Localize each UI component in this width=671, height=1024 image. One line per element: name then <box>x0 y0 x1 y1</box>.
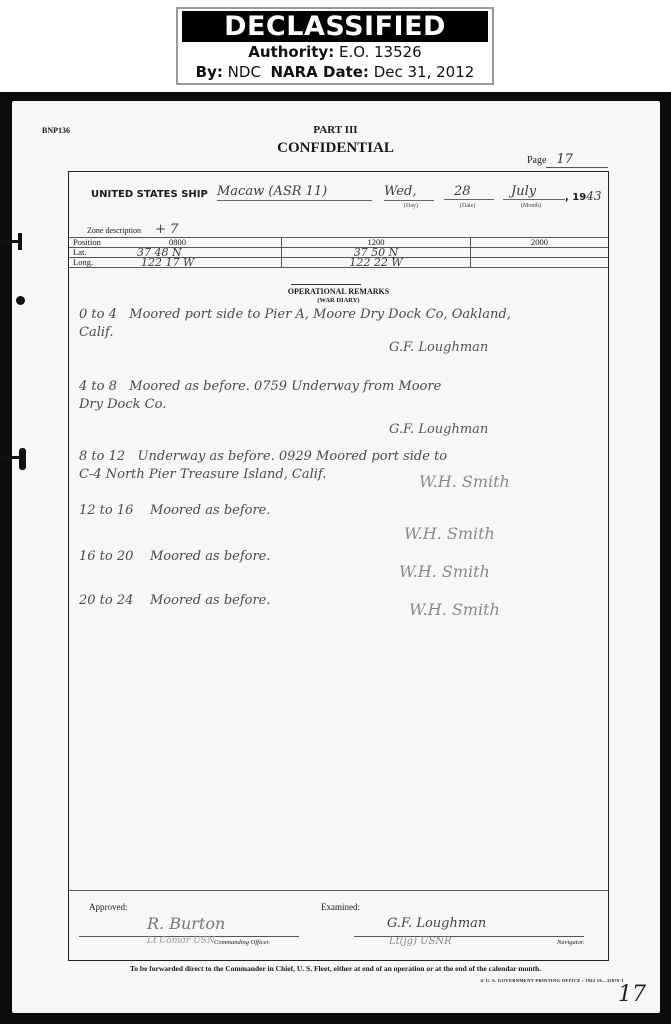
zone-description: Zone description+ 7 <box>87 222 250 238</box>
ship-month: July <box>503 184 565 200</box>
commanding-officer-label: Commanding Officer. <box>214 939 270 946</box>
entry-text: Moored as before. <box>150 503 271 518</box>
watch-signature: W.H. Smith <box>404 524 495 543</box>
long-label: Long. <box>69 258 137 268</box>
binder-hole-icon <box>0 456 20 459</box>
stamp-title: DECLASSIFIED <box>182 11 488 42</box>
entry-text-cont: C-4 North Pier Treasure Island, Calif. <box>79 467 326 482</box>
nara-label: NARA Date: <box>270 63 368 81</box>
page-number-field: Page17 <box>527 152 608 168</box>
authority-value: E.O. 13526 <box>339 43 422 61</box>
approved-signature: R. Burton <box>147 914 225 933</box>
by-value: NDC <box>228 63 261 81</box>
watch-signature: W.H. Smith <box>409 600 500 619</box>
remarks-title: OPERATIONAL REMARKS <box>69 287 608 296</box>
entry-text-cont: Calif. <box>79 325 114 340</box>
position-header: Position <box>69 238 137 248</box>
diary-entry: 8 to 12 Underway as before. 0929 Moored … <box>79 448 447 484</box>
authority-label: Authority: <box>248 43 334 61</box>
navigator-rank: Lt(jg) USNR <box>389 936 452 947</box>
examined-label: Examined: <box>321 902 360 912</box>
diary-entry: 12 to 16 Moored as before. <box>79 502 271 520</box>
table-row: Long. 122 17 W 122 22 W <box>69 258 608 268</box>
day-caption: (Day) <box>404 203 418 209</box>
entry-text-cont: Dry Dock Co. <box>79 397 166 412</box>
diary-entry: 20 to 24 Moored as before. <box>79 592 271 610</box>
approved-label: Approved: <box>89 902 128 912</box>
zone-label: Zone description <box>87 226 141 235</box>
co-rank: Lt Comdr USN <box>147 936 215 946</box>
watch-time: 20 to 24 <box>79 593 133 608</box>
nara-value: Dec 31, 2012 <box>374 63 475 81</box>
binder-hole-icon <box>18 233 22 250</box>
part-heading: PART III <box>0 124 671 136</box>
watch-time: 8 to 12 <box>79 449 125 464</box>
zone-value: + 7 <box>141 222 250 238</box>
lat-2000 <box>471 248 609 258</box>
watch-signature: W.H. Smith <box>419 472 510 491</box>
year-field: , 1943 <box>565 189 601 203</box>
diary-entry: 16 to 20 Moored as before. <box>79 548 271 566</box>
ship-day: Wed, <box>384 184 434 201</box>
ship-label: UNITED STATES SHIP <box>91 189 208 200</box>
binder-hole-icon <box>16 296 25 305</box>
entry-text: Underway as before. 0929 Moored port sid… <box>138 449 448 464</box>
long-0800: 122 17 W <box>137 258 282 268</box>
header-2000: 2000 <box>471 238 609 248</box>
stamp-by: By: NDC NARA Date: Dec 31, 2012 <box>178 62 492 82</box>
lat-label: Lat. <box>69 248 137 258</box>
navigator-label: Navigator. <box>557 939 584 946</box>
entry-text: Moored as before. <box>150 593 271 608</box>
watch-time: 16 to 20 <box>79 549 133 564</box>
entry-text: Moored as before. <box>150 549 271 564</box>
year-prefix: , 19 <box>565 192 586 203</box>
divider <box>69 890 608 891</box>
long-1200: 122 22 W <box>282 258 471 268</box>
forwarding-instructions: To be forwarded direct to the Commander … <box>0 964 671 973</box>
diary-entry: 4 to 8 Moored as before. 0759 Underway f… <box>79 378 441 414</box>
divider <box>291 284 361 285</box>
declassified-stamp: DECLASSIFIED Authority: E.O. 13526 By: N… <box>176 7 494 85</box>
page-value: 17 <box>546 152 608 168</box>
watch-signature: G.F. Loughman <box>389 422 488 437</box>
watch-time: 12 to 16 <box>79 503 133 518</box>
ship-date: 28 <box>444 184 494 200</box>
entry-text: Moored as before. 0759 Underway from Moo… <box>129 379 441 394</box>
watch-signature: G.F. Loughman <box>389 340 488 355</box>
watch-signature: W.H. Smith <box>399 562 490 581</box>
stamp-authority: Authority: E.O. 13526 <box>178 42 492 62</box>
ship-name: Macaw (ASR 11) <box>217 184 372 201</box>
long-2000 <box>471 258 609 268</box>
watch-time: 4 to 8 <box>79 379 117 394</box>
page-label: Page <box>527 155 546 166</box>
handwritten-page-number: 17 <box>618 982 646 1007</box>
binder-hole-icon <box>19 448 26 470</box>
diary-entry: 0 to 4 Moored port side to Pier A, Moore… <box>79 306 511 342</box>
watch-time: 0 to 4 <box>79 307 117 322</box>
date-caption: (Date) <box>460 203 475 209</box>
by-label: By: <box>196 63 223 81</box>
position-table: Position 0800 1200 2000 Lat. 37 48 N 37 … <box>69 237 608 268</box>
printing-office-note: ☆ U. S. GOVERNMENT PRINTING OFFICE : 194… <box>480 978 624 984</box>
war-diary-form: UNITED STATES SHIP Macaw (ASR 11) Wed, (… <box>68 171 609 961</box>
examined-signature: G.F. Loughman <box>387 916 486 931</box>
month-caption: (Month) <box>521 203 541 209</box>
entry-text: Moored port side to Pier A, Moore Dry Do… <box>129 307 511 322</box>
year-suffix: 43 <box>586 189 601 203</box>
remarks-subtitle: (WAR DIARY) <box>69 297 608 304</box>
